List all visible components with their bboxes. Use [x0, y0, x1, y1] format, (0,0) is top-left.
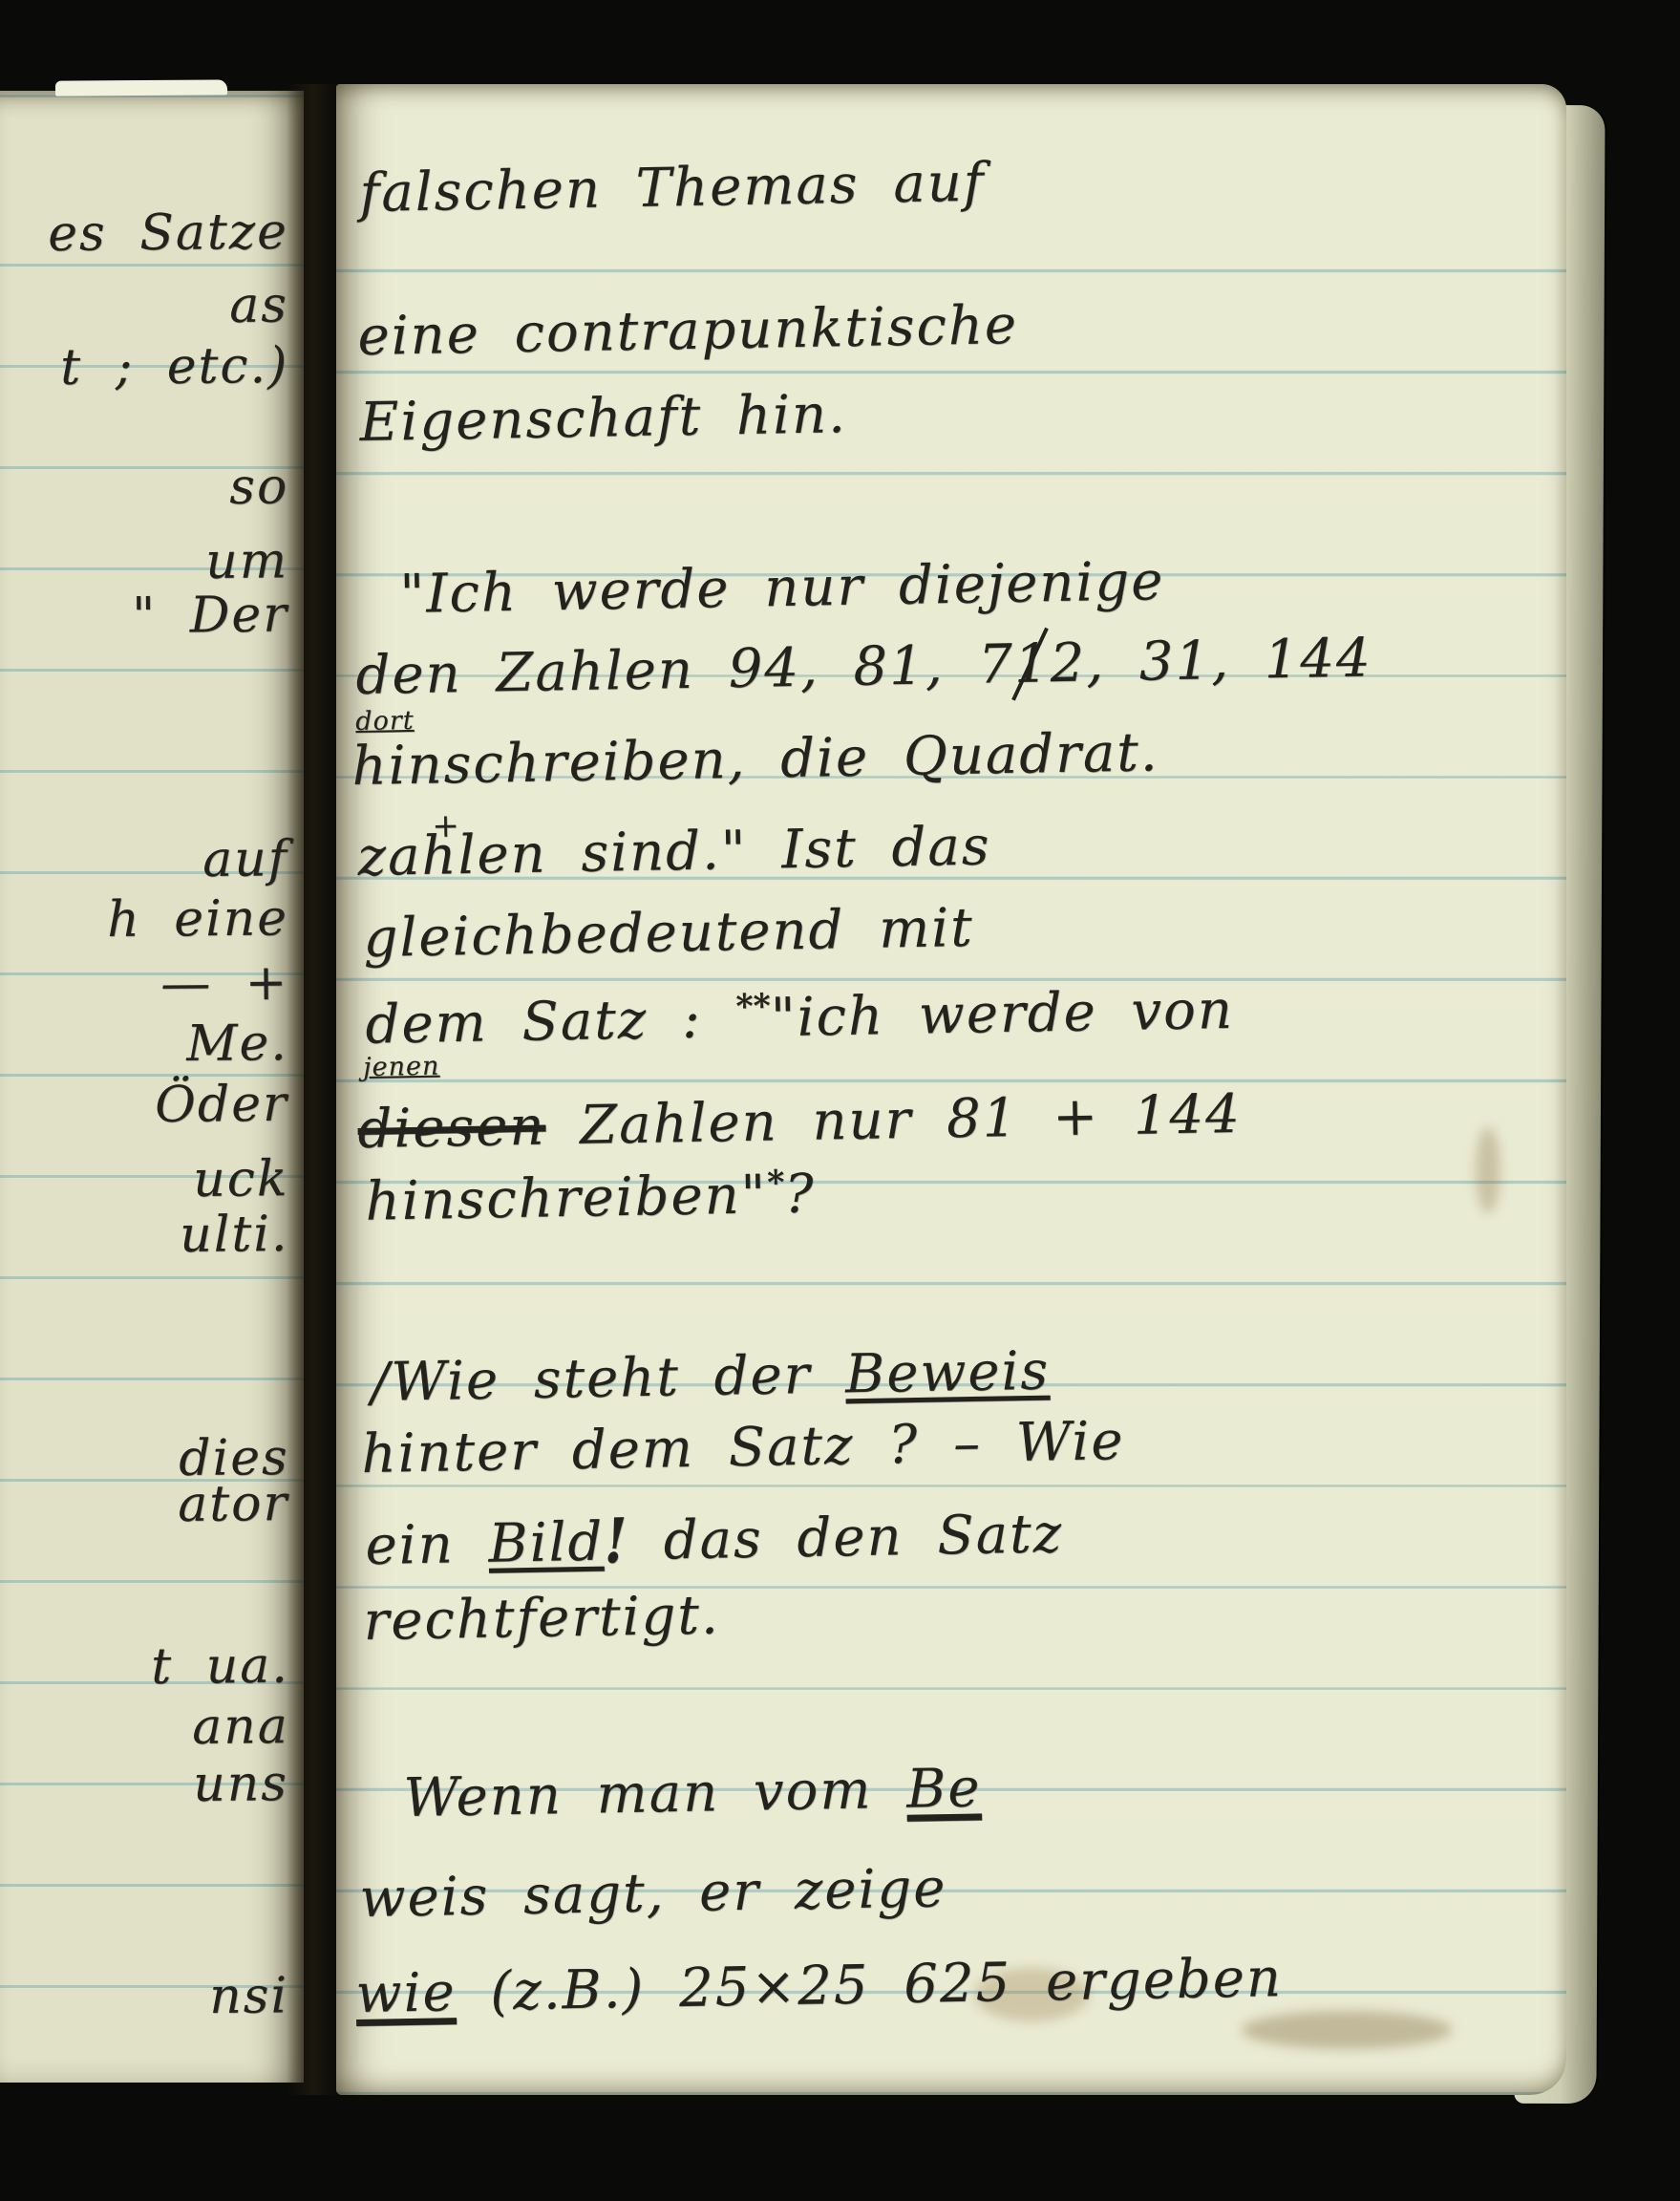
handwritten-line: Eigenschaft hin.	[359, 383, 847, 454]
handwritten-fragment: Öder	[155, 1076, 288, 1134]
asterisk-mark: *	[767, 1163, 785, 1202]
stain	[1242, 2011, 1452, 2049]
handwritten-line: gleichbedeutend mit	[363, 897, 974, 970]
line-text: /Wie steht der	[371, 1343, 846, 1414]
handwritten-fragment: h eine	[107, 889, 288, 949]
handwritten-fragment: uck	[193, 1150, 289, 1208]
torn-paper-edge	[55, 79, 227, 96]
handwritten-fragment: t ua.	[151, 1637, 289, 1696]
handwritten-line: hinschreiben, die Quadrat.	[351, 721, 1159, 798]
handwritten-fragment: as	[229, 276, 288, 334]
handwritten-fragment: uns	[193, 1755, 288, 1813]
line-text: , 31, 144	[1086, 627, 1372, 694]
line-text: "ich werde von	[770, 979, 1234, 1049]
handwritten-fragment: ator	[178, 1475, 289, 1533]
underlined-word: Be	[906, 1757, 982, 1820]
insertion-note-jenen: jenen	[363, 1052, 440, 1082]
handwritten-line: ein Bild! das den Satz	[365, 1502, 1064, 1577]
handwritten-fragment: so	[229, 458, 289, 516]
handwritten-line: eine contrapunktische	[357, 294, 1019, 368]
handwritten-line: /Wie steht der Beweis	[371, 1340, 1051, 1414]
handwritten-line: Wenn man vom Be	[403, 1757, 982, 1829]
notebook-photo: es Satze as t ; etc.) so um " Der auf h …	[0, 0, 1680, 2201]
handwritten-fragment: es Satze	[48, 203, 288, 263]
handwritten-line: hinter dem Satz ? – Wie	[361, 1410, 1125, 1485]
handwritten-fragment: ulti.	[180, 1206, 289, 1264]
underlined-word: Bild	[488, 1511, 605, 1575]
line-text: das den Satz	[628, 1503, 1063, 1572]
handwritten-fragment: um	[205, 532, 288, 590]
handwritten-line: "Ich werde nur diejenige	[399, 550, 1165, 626]
asterisk-mark: **	[735, 987, 771, 1027]
handwritten-fragment: nsi	[209, 1967, 288, 2025]
handwritten-line: wie (z.B.) 25×25 625 ergeben	[355, 1947, 1283, 2025]
handwritten-fragment: " Der	[132, 587, 288, 645]
handwritten-line: zahlen sind." Ist das	[357, 815, 991, 888]
line-text: hinschreiben"	[365, 1164, 768, 1232]
handwritten-line: diesen Zahlen nur 81 + 144	[357, 1083, 1242, 1161]
underlined-word: Beweis	[845, 1340, 1051, 1406]
handwritten-fragment: t ; etc.)	[60, 337, 289, 396]
handwritten-line: rechtfertigt.	[363, 1584, 720, 1653]
line-text: (z.B.) 25×25 625 ergeben	[456, 1947, 1283, 2023]
slashed-number: 712	[978, 632, 1087, 696]
insertion-bang-mark: !	[604, 1505, 630, 1577]
handwritten-fragment: Me.	[186, 1015, 288, 1073]
handwritten-line: dem Satz : **"ich werde von	[365, 978, 1234, 1057]
underlined-word: wie	[355, 1961, 457, 2025]
handwritten-line: weis sagt, er zeige	[359, 1857, 947, 1930]
struck-word: diesen	[357, 1096, 546, 1161]
line-text: dem Satz :	[365, 988, 736, 1057]
handwritten-fragment: ana	[192, 1698, 289, 1756]
handwritten-line: falschen Themas auf	[359, 152, 986, 224]
handwritten-line: hinschreiben"*?	[365, 1163, 816, 1233]
line-text: ?	[784, 1163, 816, 1226]
left-page: es Satze as t ; etc.) so um " Der auf h …	[0, 91, 304, 2083]
handwritten-fragment: — +	[160, 954, 289, 1013]
stain	[1476, 1127, 1500, 1213]
right-page: falschen Themas auf eine contrapunktisch…	[336, 84, 1566, 2095]
handwritten-fragment: auf	[202, 830, 288, 888]
line-text: Wenn man vom	[403, 1759, 907, 1829]
line-text: Zahlen nur 81 + 144	[545, 1083, 1242, 1158]
line-text: ein	[365, 1513, 489, 1577]
line-text: den Zahlen 94, 81,	[355, 634, 979, 707]
insertion-note-dort: dort	[355, 706, 415, 737]
handwritten-line: den Zahlen 94, 81, 712, 31, 144	[355, 627, 1372, 707]
